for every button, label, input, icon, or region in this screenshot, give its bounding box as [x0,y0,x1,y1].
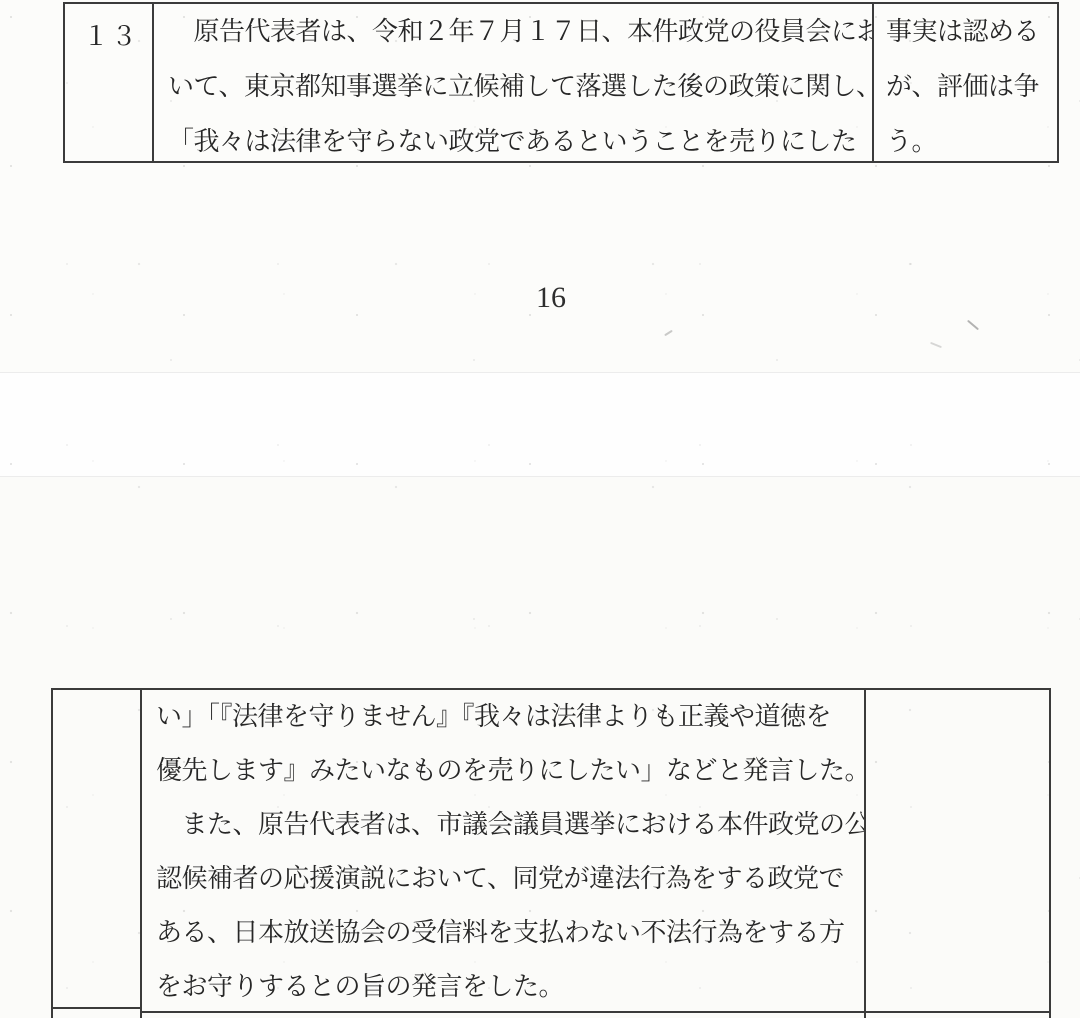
page-gap [0,372,1080,476]
allegation-line: 認候補者の応援演説において、同党が違法行為をする政党で [156,852,864,906]
row-divider [141,1011,1049,1013]
allegation-line: をお守りするとの旨の発言をした。 [156,960,864,1014]
page-number: 16 [0,281,1080,315]
allegation-text-cell: い」「『法律を守りません』『我々は法律よりも正義や道徳を 優先します』みたいなも… [142,690,866,1018]
response-line: 事実は認める [886,4,1057,59]
page-edge-line [0,372,1080,373]
response-line: う。 [886,114,1057,161]
response-text-cell [866,690,1049,1018]
scanned-court-document: １３ 原告代表者は、令和２年７月１７日、本件政党の役員会にお いて、東京都知事選… [0,0,1080,1018]
response-text-cell: 事実は認める が、評価は争 う。 [874,4,1057,161]
response-line: が、評価は争 [886,59,1057,114]
allegation-table-continuation: い」「『法律を守りません』『我々は法律よりも正義や道徳を 優先します』みたいなも… [51,688,1051,1018]
allegation-line: 「我々は法律を守らない政党であるということを売りにした [168,114,872,161]
allegation-line: 優先します』みたいなものを売りにしたい」などと発言した。 [156,744,864,798]
allegation-line: い」「『法律を守りません』『我々は法律よりも正義や道徳を [156,690,864,744]
allegation-line: 原告代表者は、令和２年７月１７日、本件政党の役員会にお [168,4,872,59]
allegation-line: ある、日本放送協会の受信料を支払わない不法行為をする方 [156,906,864,960]
row-divider [53,1007,141,1009]
row-number-cell [53,690,142,1018]
allegation-text-cell: 原告代表者は、令和２年７月１７日、本件政党の役員会にお いて、東京都知事選挙に立… [154,4,874,161]
page-edge-line [0,476,1080,477]
allegation-line: また、原告代表者は、市議会議員選挙における本件政党の公 [156,798,864,852]
allegation-table-row-13: １３ 原告代表者は、令和２年７月１７日、本件政党の役員会にお いて、東京都知事選… [63,2,1059,163]
allegation-line: いて、東京都知事選挙に立候補して落選した後の政策に関し、 [168,59,872,114]
row-number-cell: １３ [65,4,154,161]
row-number: １３ [83,22,139,51]
